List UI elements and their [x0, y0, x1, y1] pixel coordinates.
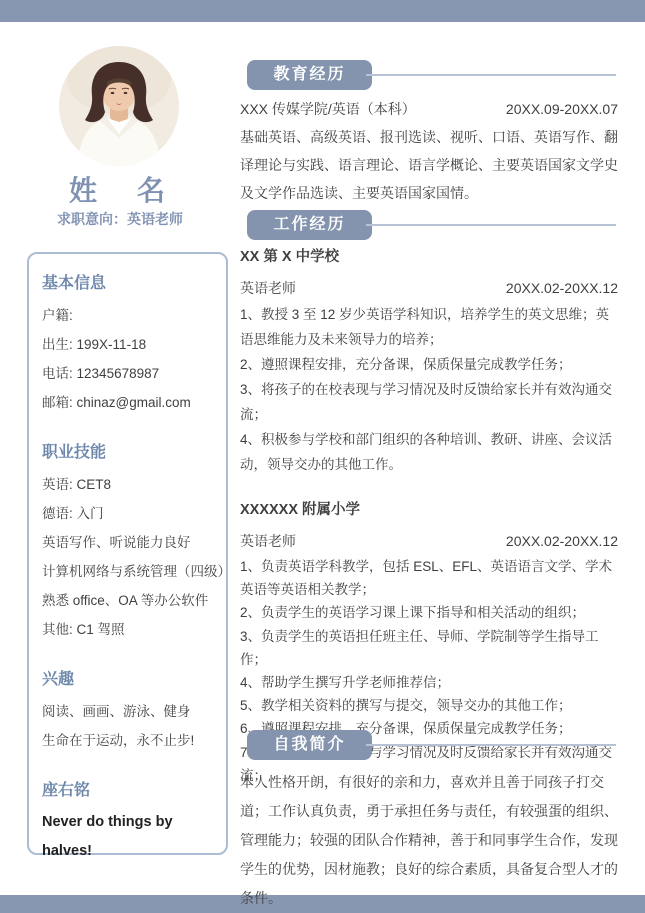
- job-bullet: 2、遵照课程安排，充分备课，保质保量完成教学任务；: [240, 352, 618, 377]
- job-date: 20XX.02-20XX.12: [506, 529, 618, 553]
- skill-item: 英语写作、听说能力良好: [42, 528, 220, 557]
- education-date: 20XX.09-20XX.07: [506, 97, 618, 121]
- basic-info-row: 户籍:: [42, 301, 220, 330]
- motto-section: 座右铭 Never do things by halves!: [42, 777, 220, 866]
- basic-info-section: 基本信息 户籍: 出生: 199X-11-18 电话: 12345678987 …: [42, 270, 220, 417]
- interests-title: 兴趣: [42, 666, 220, 689]
- skills-list: 英语: CET8德语: 入门英语写作、听说能力良好计算机网络与系统管理（四级）熟…: [42, 470, 220, 644]
- basic-info-title: 基本信息: [42, 270, 220, 293]
- job-date: 20XX.02-20XX.12: [506, 276, 618, 300]
- skills-section: 职业技能 英语: CET8德语: 入门英语写作、听说能力良好计算机网络与系统管理…: [42, 439, 220, 644]
- interest-item: 生命在于运动，永不止步!: [42, 726, 220, 755]
- job-entry: XX 第 X 中学校 英语老师 20XX.02-20XX.12 1、教授 3 至…: [240, 245, 618, 477]
- education-section: 教育经历 XXX 传媒学院/英语（本科） 20XX.09-20XX.07 基础英…: [240, 60, 618, 207]
- info-label: 出生:: [42, 337, 73, 352]
- school-name: XXX 传媒学院/英语（本科）: [240, 97, 416, 121]
- job-role: 英语老师: [240, 276, 296, 300]
- info-value: 199X-11-18: [77, 337, 147, 352]
- skill-item: 计算机网络与系统管理（四级）: [42, 557, 220, 586]
- work-badge: 工作经历: [247, 210, 372, 240]
- about-text: 本人性格开朗，有很好的亲和力，喜欢并且善于同孩子打交道；工作认真负责，勇于承担任…: [240, 768, 618, 913]
- education-meta: XXX 传媒学院/英语（本科） 20XX.09-20XX.07: [240, 97, 618, 121]
- job-bullet: 3、将孩子的在校表现与学习情况及时反馈给家长并有效沟通交流；: [240, 377, 618, 427]
- work-header-line: [366, 224, 616, 226]
- candidate-name: 姓 名: [0, 169, 240, 209]
- job-bullet: 1、教授 3 至 12 岁少英语学科知识，培养学生的英文思维；英语思维能力及未来…: [240, 302, 618, 352]
- about-header-line: [366, 744, 616, 746]
- info-value: 12345678987: [77, 366, 160, 381]
- work-section: 工作经历 XX 第 X 中学校 英语老师 20XX.02-20XX.12 1、教…: [240, 210, 618, 787]
- job-bullet: 2、负责学生的英语学习课上课下指导和相关活动的组织；: [240, 601, 618, 624]
- profile-photo: [59, 46, 179, 166]
- job-bullet: 3、负责学生的英语担任班主任、导师、学院制等学生指导工作；: [240, 625, 618, 671]
- motto-text: Never do things by halves!: [42, 808, 220, 866]
- top-decor-bar: [0, 0, 645, 22]
- info-label: 户籍:: [42, 308, 73, 323]
- job-bullet: 1、负责英语学科教学，包括 ESL、EFL、英语语言文学、学术英语等英语相关教学…: [240, 555, 618, 601]
- interests-list: 阅读、画画、游泳、健身生命在于运动，永不止步!: [42, 697, 220, 755]
- education-header-line: [366, 74, 616, 76]
- interest-item: 阅读、画画、游泳、健身: [42, 697, 220, 726]
- sidebar-panel: 基本信息 户籍: 出生: 199X-11-18 电话: 12345678987 …: [27, 252, 228, 855]
- education-description: 基础英语、高级英语、报刊选读、视听、口语、英语写作、翻译理论与实践、语言理论、语…: [240, 123, 618, 207]
- job-meta: 英语老师 20XX.02-20XX.12: [240, 276, 618, 300]
- skill-item: 英语: CET8: [42, 470, 220, 499]
- job-meta: 英语老师 20XX.02-20XX.12: [240, 529, 618, 553]
- info-label: 电话:: [42, 366, 73, 381]
- job-intention: 求职意向：英语老师: [0, 209, 240, 229]
- job-bullets: 1、教授 3 至 12 岁少英语学科知识，培养学生的英文思维；英语思维能力及未来…: [240, 302, 618, 477]
- job-bullet: 4、积极参与学校和部门组织的各种培训、教研、讲座、会议活动，领导交办的其他工作。: [240, 427, 618, 477]
- info-label: 邮箱:: [42, 395, 73, 410]
- about-section: 自我简介 本人性格开朗，有很好的亲和力，喜欢并且善于同孩子打交道；工作认真负责，…: [240, 730, 618, 913]
- about-badge: 自我简介: [247, 730, 372, 760]
- jobs-list: XX 第 X 中学校 英语老师 20XX.02-20XX.12 1、教授 3 至…: [240, 245, 618, 787]
- interests-section: 兴趣 阅读、画画、游泳、健身生命在于运动，永不止步!: [42, 666, 220, 755]
- skill-item: 其他: C1 驾照: [42, 615, 220, 644]
- education-header: 教育经历: [240, 60, 618, 90]
- basic-info-row: 出生: 199X-11-18: [42, 330, 220, 359]
- skill-item: 熟悉 office、OA 等办公软件: [42, 586, 220, 615]
- job-bullet: 4、帮助学生撰写升学老师推荐信；: [240, 671, 618, 694]
- portrait-illustration: [59, 46, 179, 166]
- work-header: 工作经历: [240, 210, 618, 240]
- job-bullet: 5、教学相关资料的撰写与提交，领导交办的其他工作；: [240, 694, 618, 717]
- skill-item: 德语: 入门: [42, 499, 220, 528]
- basic-info-row: 邮箱: chinaz@gmail.com: [42, 388, 220, 417]
- skills-title: 职业技能: [42, 439, 220, 462]
- basic-info-list: 户籍: 出生: 199X-11-18 电话: 12345678987 邮箱: c…: [42, 301, 220, 417]
- basic-info-row: 电话: 12345678987: [42, 359, 220, 388]
- job-role: 英语老师: [240, 529, 296, 553]
- education-badge: 教育经历: [247, 60, 372, 90]
- motto-title: 座右铭: [42, 777, 220, 800]
- company-name: XX 第 X 中学校: [240, 245, 618, 269]
- company-name: XXXXXX 附属小学: [240, 498, 618, 522]
- info-value: chinaz@gmail.com: [77, 395, 191, 410]
- about-header: 自我简介: [240, 730, 618, 760]
